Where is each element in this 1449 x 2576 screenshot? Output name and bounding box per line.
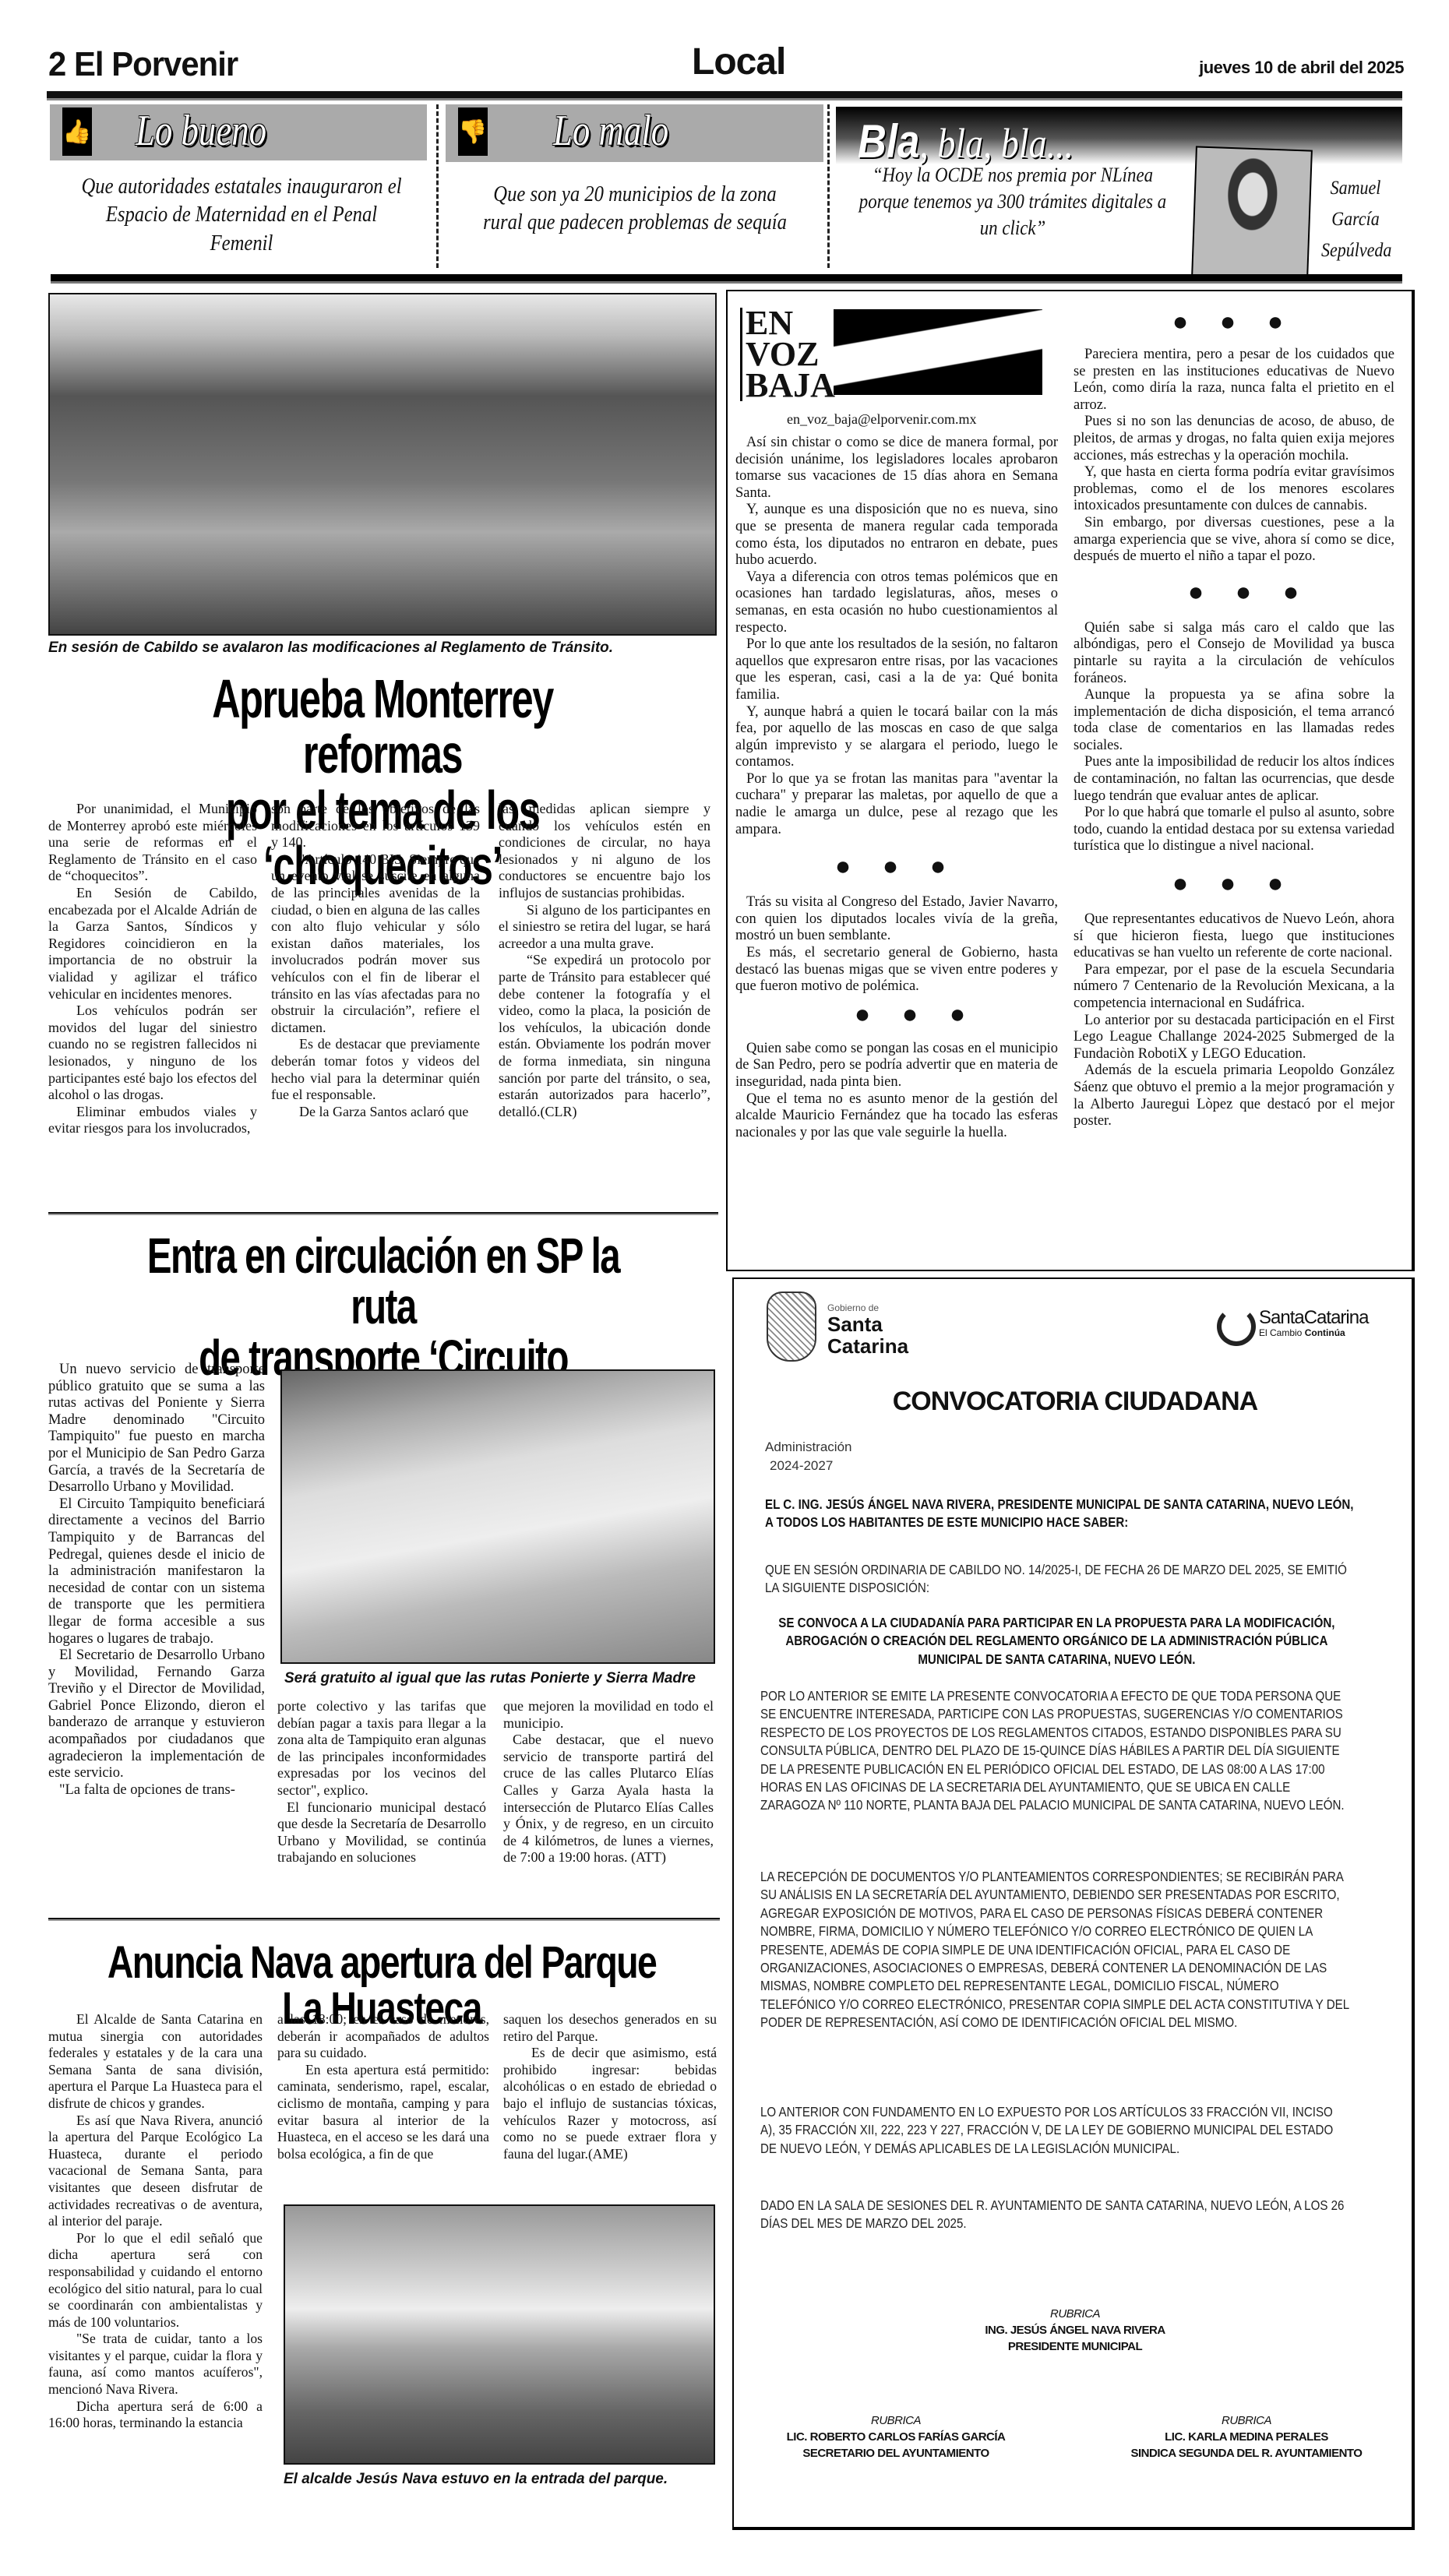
top-rule [47, 91, 1402, 100]
en-voz-baja-right: ● ● ● Pareciera mentira, pero a pesar de… [1074, 309, 1394, 1130]
crickets-graphic-icon [834, 309, 1042, 395]
article-column: porte colectivo y las tarifas que debían… [277, 1698, 486, 1866]
article-column: a las 18:00; en el caso de menores, debe… [277, 2011, 489, 2162]
convocatoria-call: SE CONVOCA A LA CIUDADANÍA PARA PARTICIP… [762, 1614, 1352, 1669]
photo-caption: Será gratuito al igual que las rutas Pon… [284, 1670, 696, 1687]
article-column: son parte de los objetivos de las modifi… [271, 801, 480, 1120]
separator-dots-icon: ● ● ● [735, 854, 1058, 880]
article-column: las medidas aplican siempre y cuando los… [499, 801, 710, 1120]
convocatoria-title: CONVOCATORIA CIUDADANA [818, 1387, 1332, 1417]
issue-date: jueves 10 de abril del 2025 [1199, 58, 1404, 78]
article-column: saquen los desechos generados en su reti… [503, 2011, 717, 2162]
thumbs-up-icon: 👍 [62, 107, 92, 156]
convocatoria-paragraph: DADO EN LA SALA DE SESIONES DEL R. AYUNT… [760, 2197, 1350, 2233]
convocatoria-paragraph: POR LO ANTERIOR SE EMITE LA PRESENTE CON… [760, 1687, 1350, 1815]
en-voz-baja-logo: EN VOZ BAJA [740, 308, 1052, 400]
huasteca-park-photo [284, 2204, 715, 2465]
bla-quote: “Hoy la OCDE nos premia por NLínea porqu… [858, 162, 1167, 241]
convocatoria-paragraph: LO ANTERIOR CON FUNDAMENTO EN LO EXPUEST… [760, 2103, 1350, 2158]
article-column: Por unanimidad, el Municipio de Monterre… [48, 801, 257, 1137]
signature-block-president: RUBRICA ING. JESÚS ÁNGEL NAVA RIVERA PRE… [919, 2306, 1231, 2355]
gobierno-santa-catarina-logo: Gobierno de Santa Catarina [827, 1302, 908, 1357]
separator-dots-icon: ● ● ● [1074, 871, 1394, 897]
bla-title-rest: , bla, bla... [919, 120, 1074, 167]
section-rule [51, 274, 1402, 284]
article-column: Un nuevo servicio de transporte público … [48, 1362, 265, 1799]
separator-dots-icon: ● ● ● [1074, 309, 1394, 336]
convocatoria-session: QUE EN SESIÓN ORDINARIA DE CABILDO NO. 1… [765, 1561, 1355, 1598]
speaker-photo [1191, 146, 1313, 280]
cabildo-session-photo [48, 293, 717, 636]
column-divider [827, 104, 830, 268]
administration-period: Administración 2024-2027 [765, 1438, 852, 1475]
santa-catarina-emblem-icon [1217, 1307, 1256, 1346]
lo-malo-title: Lo malo [553, 109, 668, 153]
convocatoria-intro: EL C. ING. JESÚS ÁNGEL NAVA RIVERA, PRES… [765, 1496, 1355, 1532]
bla-bla-banner: Bla, bla, bla... [836, 107, 1402, 164]
lo-bueno-text: Que autoridades estatales inauguraron el… [77, 173, 406, 258]
lo-bueno-title: Lo bueno [136, 109, 266, 153]
column-email[interactable]: en_voz_baja@elporvenir.com.mx [787, 411, 977, 428]
en-voz-baja-left: Así sin chistar o como se dice de manera… [735, 435, 1058, 1141]
signature-block-secretary: RUBRICA LIC. ROBERTO CARLOS FARÍAS GARCÍ… [756, 2412, 1036, 2461]
article-divider [48, 1212, 718, 1215]
article-column: El Alcalde de Santa Catarina en mutua si… [48, 2011, 263, 2432]
lo-malo-text: Que son ya 20 municipios de la zona rura… [474, 181, 796, 238]
speaker-name: Samuel García Sepúlveda [1321, 173, 1390, 266]
separator-dots-icon: ● ● ● [735, 1002, 1058, 1028]
column-divider [436, 104, 439, 268]
lo-bueno-banner: 👍 Lo bueno [50, 104, 427, 160]
convocatoria-paragraph: LA RECEPCIÓN DE DOCUMENTOS Y/O PLANTEAMI… [760, 1868, 1350, 2032]
lo-malo-banner: 👎 Lo malo [446, 104, 823, 162]
page-number-paper-name: 2 El Porvenir [48, 45, 238, 84]
separator-dots-icon: ● ● ● [1074, 580, 1394, 606]
circuito-van-photo [280, 1369, 715, 1664]
signature-block-sindica: RUBRICA LIC. KARLA MEDINA PERALES SINDIC… [1098, 2412, 1394, 2461]
municipal-shield-icon [767, 1292, 816, 1362]
thumbs-down-icon: 👎 [458, 107, 488, 156]
santa-catarina-brand: SantaCatarina El Cambio Continúa [1259, 1309, 1368, 1338]
photo-caption: El alcalde Jesús Nava estuvo en la entra… [284, 2471, 668, 2488]
article-column: que mejoren la movilidad en todo el muni… [503, 1698, 714, 1866]
bla-title-bold: Bla [858, 115, 919, 167]
section-title: Local [692, 41, 785, 83]
article-divider [48, 1918, 720, 1921]
photo-caption: En sesión de Cabildo se avalaron las mod… [48, 640, 613, 657]
